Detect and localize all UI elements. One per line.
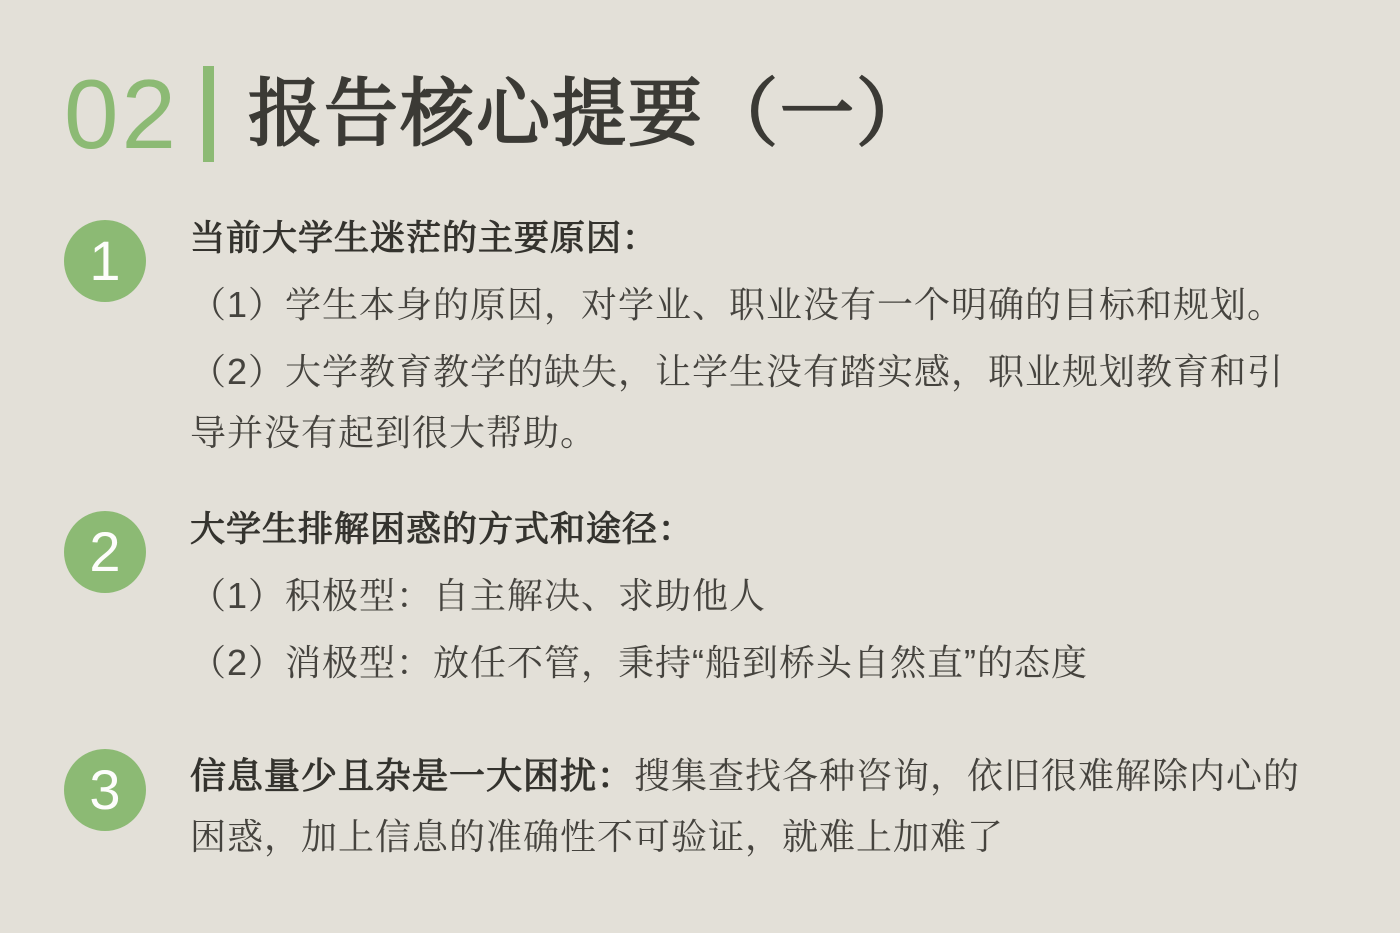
point-1: 1 当前大学生迷茫的主要原因： （1）学生本身的原因，对学业、职业没有一个明确的… xyxy=(64,216,1342,463)
point-2: 2 大学生排解困惑的方式和途径： （1）积极型：自主解决、求助他人 （2）消极型… xyxy=(64,507,1342,693)
point-2-heading: 大学生排解困惑的方式和途径： xyxy=(190,507,1320,553)
point-1-paragraph-2: （2）大学教育教学的缺失，让学生没有踏实感，职业规划教育和引导并没有起到很大帮助… xyxy=(190,341,1320,463)
page-title: 报告核心提要（一） xyxy=(248,73,932,154)
title-divider xyxy=(203,66,214,162)
slide: 02 报告核心提要（一） 1 当前大学生迷茫的主要原因： （1）学生本身的原因，… xyxy=(0,0,1400,933)
point-2-content: 大学生排解困惑的方式和途径： （1）积极型：自主解决、求助他人 （2）消极型：放… xyxy=(190,507,1320,693)
point-3-paragraph: 信息量少且杂是一大困扰：搜集查找各种咨询，依旧很难解除内心的困惑，加上信息的准确… xyxy=(190,745,1320,867)
point-1-content: 当前大学生迷茫的主要原因： （1）学生本身的原因，对学业、职业没有一个明确的目标… xyxy=(190,216,1320,463)
point-1-number-badge: 1 xyxy=(64,220,146,302)
point-2-number-badge: 2 xyxy=(64,511,146,593)
point-3: 3 信息量少且杂是一大困扰：搜集查找各种咨询，依旧很难解除内心的困惑，加上信息的… xyxy=(64,745,1342,867)
slide-header: 02 报告核心提要（一） xyxy=(64,64,1342,164)
section-number: 02 xyxy=(64,65,179,163)
point-3-content: 信息量少且杂是一大困扰：搜集查找各种咨询，依旧很难解除内心的困惑，加上信息的准确… xyxy=(190,745,1320,867)
point-2-paragraph-2: （2）消极型：放任不管，秉持“船到桥头自然直”的态度 xyxy=(190,632,1320,693)
point-2-paragraph-1: （1）积极型：自主解决、求助他人 xyxy=(190,565,1320,626)
point-3-lead: 信息量少且杂是一大困扰： xyxy=(190,755,634,796)
point-1-paragraph-1: （1）学生本身的原因，对学业、职业没有一个明确的目标和规划。 xyxy=(190,274,1320,335)
point-3-number-badge: 3 xyxy=(64,749,146,831)
point-1-heading: 当前大学生迷茫的主要原因： xyxy=(190,216,1320,262)
